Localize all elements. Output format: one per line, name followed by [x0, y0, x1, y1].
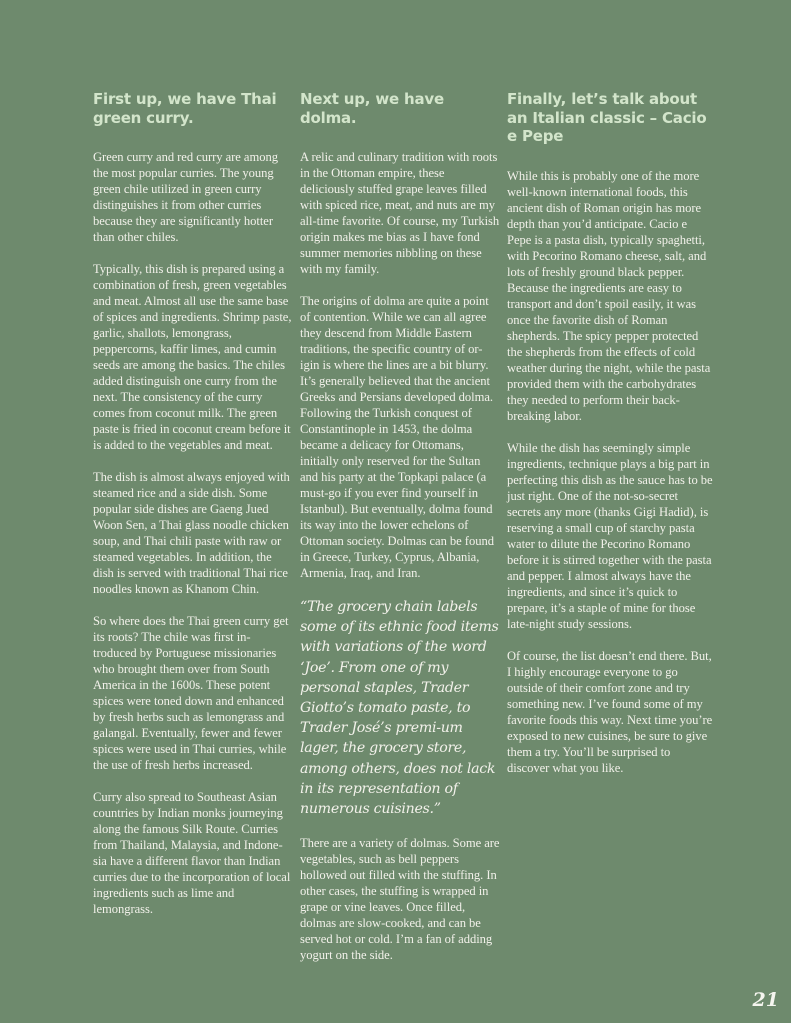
paragraph: So where does the Thai green curry get i… [93, 613, 293, 773]
paragraph: Curry also spread to Southeast Asian cou… [93, 789, 293, 917]
paragraph: The dish is almost always enjoyed with s… [93, 469, 293, 597]
paragraph: Typically, this dish is prepared using a… [93, 261, 293, 453]
paragraph: A relic and culinary tradition with root… [300, 149, 500, 277]
magazine-page: First up, we have Thai green curry. Gree… [0, 0, 791, 1023]
section-heading: Finally, let’s talk about an Italian cla… [507, 90, 713, 146]
article-column-cacio-e-pepe: Finally, let’s talk about an Italian cla… [507, 90, 713, 792]
paragraph: Green curry and red curry are among the … [93, 149, 293, 245]
article-column-thai-green-curry: First up, we have Thai green curry. Gree… [93, 90, 293, 933]
paragraph: Of course, the list doesn’t end there. B… [507, 648, 713, 776]
article-column-dolma: Next up, we have dolma. A relic and culi… [300, 90, 500, 979]
section-heading: Next up, we have dolma. [300, 90, 500, 127]
paragraph: The origins of dolma are quite a point o… [300, 293, 500, 581]
section-heading: First up, we have Thai green curry. [93, 90, 293, 127]
page-number: 21 [753, 989, 779, 1011]
paragraph: While the dish has seemingly simple ingr… [507, 440, 713, 632]
pull-quote: “The grocery chain labels some of its et… [300, 597, 500, 819]
paragraph: While this is probably one of the more w… [507, 168, 713, 424]
paragraph: There are a variety of dolmas. Some are … [300, 835, 500, 963]
